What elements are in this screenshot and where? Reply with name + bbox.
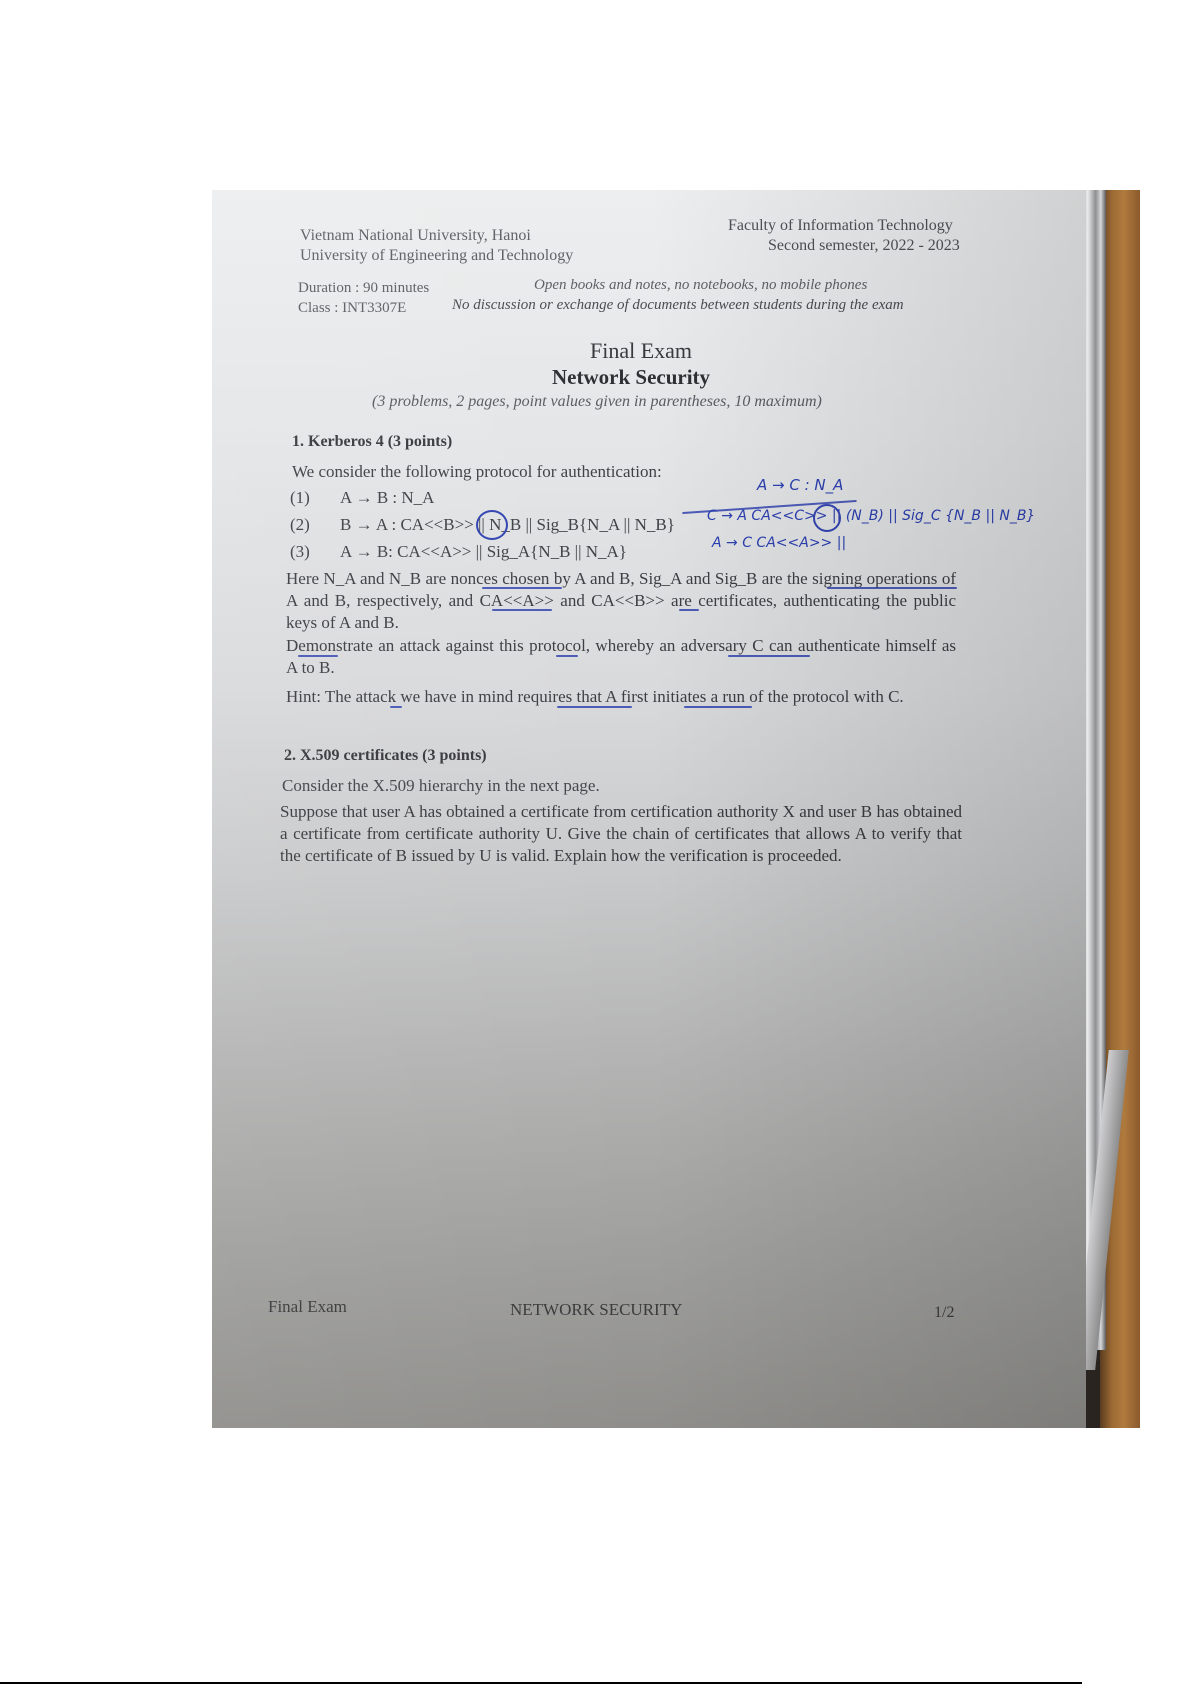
school-name: University of Engineering and Technology — [300, 247, 573, 265]
problem-1-heading: 1. Kerberos 4 (3 points) — [292, 433, 452, 451]
step-3-number: (3) — [290, 541, 310, 563]
exam-photo: Vietnam National University, Hanoi Unive… — [212, 190, 1140, 1428]
subject-title: Network Security — [552, 365, 710, 390]
handwritten-note-2: C → A CA<<C>> || (N_B) || Sig_C {N_B || … — [707, 508, 1035, 524]
step-1-number: (1) — [290, 487, 310, 509]
exam-title: Final Exam — [590, 338, 692, 364]
class-code: Class : INT3307E — [298, 300, 406, 317]
problem-2-heading: 2. X.509 certificates (3 points) — [284, 747, 487, 765]
exam-rule-1: Open books and notes, no notebooks, no m… — [534, 277, 867, 294]
underline-signing-operations — [827, 587, 957, 589]
page-number: 1/2 — [934, 1304, 954, 1322]
duration: Duration : 90 minutes — [298, 280, 429, 297]
underline-are — [679, 609, 699, 611]
handwritten-note-1: A → C : N_A — [757, 476, 843, 494]
underline-chosen-by — [482, 587, 562, 589]
semester: Second semester, 2022 - 2023 — [768, 237, 960, 255]
exam-note: (3 problems, 2 pages, point values given… — [372, 393, 822, 411]
problem-2-intro: Consider the X.509 hierarchy in the next… — [282, 775, 962, 797]
university-name: Vietnam National University, Hanoi — [300, 227, 531, 245]
problem-1-intro: We consider the following protocol for a… — [292, 461, 662, 483]
footer-left: Final Exam — [268, 1297, 347, 1317]
underline-initiates — [684, 706, 752, 708]
step-3-text: A → B: CA<<A>> || Sig_A{N_B || N_A} — [340, 541, 627, 563]
underline-protocol — [556, 655, 578, 657]
faculty-name: Faculty of Information Technology — [728, 217, 953, 235]
exam-rule-2: No discussion or exchange of documents b… — [452, 297, 904, 314]
underline-adversary — [728, 655, 810, 657]
step-1-text: A → B : N_A — [340, 487, 434, 509]
problem-1-description: Here N_A and N_B are nonces chosen by A … — [286, 568, 956, 634]
handwritten-circle-note — [813, 504, 841, 532]
problem-1-hint: Hint: The attack we have in mind require… — [286, 686, 956, 708]
underline-attack — [390, 706, 402, 708]
step-2-number: (2) — [290, 514, 310, 536]
handwritten-note-3: A → C CA<<A>> || — [712, 535, 846, 551]
underline-ca-a — [492, 609, 552, 611]
exam-paper: Vietnam National University, Hanoi Unive… — [212, 190, 1086, 1428]
footer-center: NETWORK SECURITY — [510, 1300, 682, 1320]
problem-1-task: Demonstrate an attack against this proto… — [286, 635, 956, 679]
handwritten-circle-nb — [476, 510, 508, 540]
bottom-divider — [0, 1682, 1082, 1684]
underline-demonstrate — [298, 655, 338, 657]
problem-2-task: Suppose that user A has obtained a certi… — [280, 801, 962, 867]
underline-requires — [557, 706, 632, 708]
